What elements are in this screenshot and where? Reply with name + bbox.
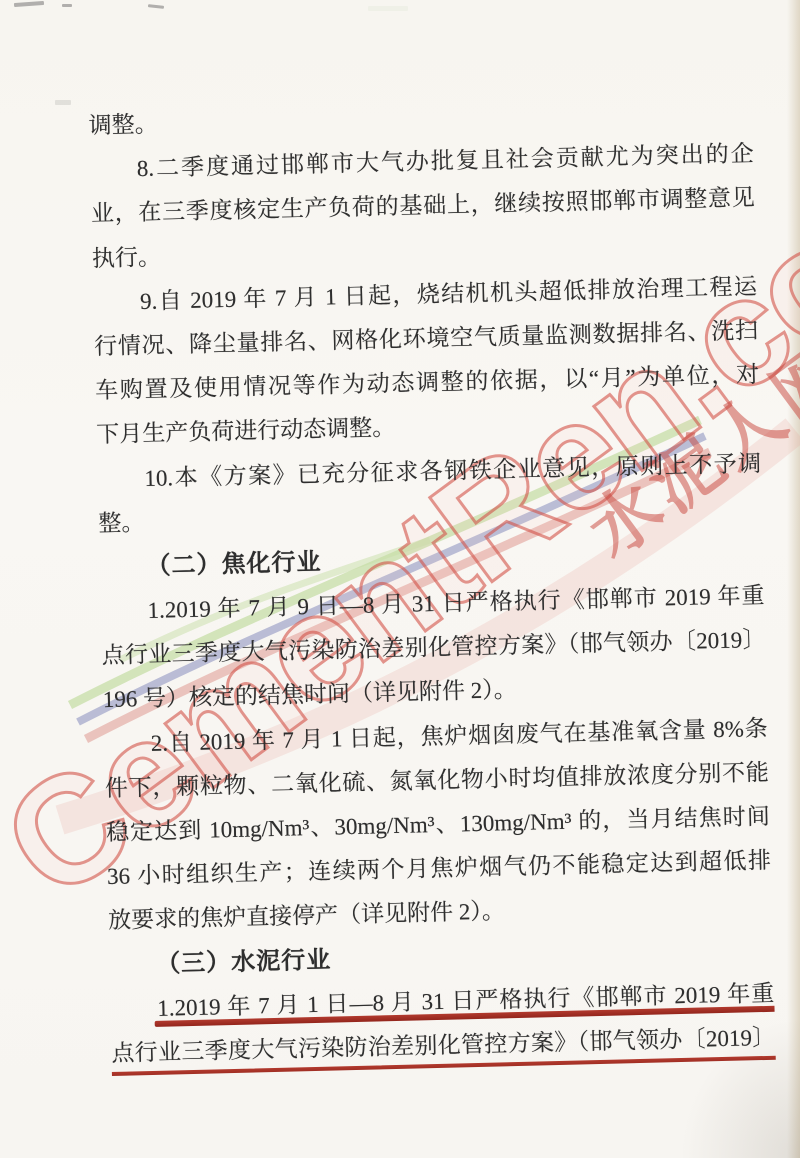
- scanned-document-page: CementRen.com 水泥人网 调整。8.二季度通过邯郸市大气办批复且社会…: [0, 0, 800, 1158]
- document-body: 调整。8.二季度通过邯郸市大气办批复且社会贡献尤为突出的企业，在三季度核定生产负…: [88, 88, 776, 1076]
